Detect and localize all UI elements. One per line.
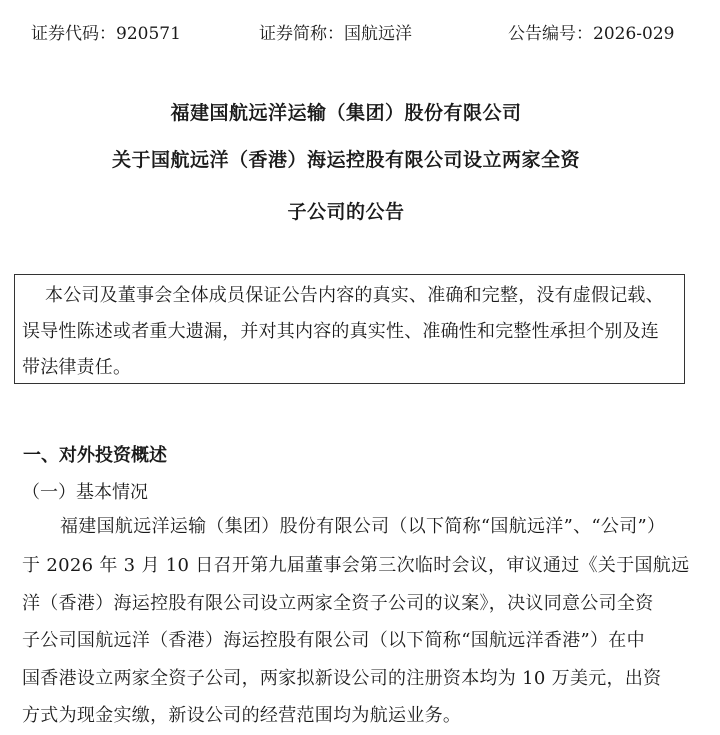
paragraph-line: 洋（香港）海运控股有限公司设立两家全资子公司的议案》，决议同意公司全资	[22, 590, 654, 618]
document-title-subject-cont: 子公司的公告	[0, 197, 706, 227]
document-title-company: 福建国航远洋运输（集团）股份有限公司	[0, 98, 706, 128]
disclaimer-line: 本公司及董事会全体成员保证公告内容的真实、准确和完整，没有虚假记载、	[45, 282, 664, 310]
paragraph-line: 福建国航远洋运输（集团）股份有限公司（以下简称“国航远洋”、“公司”）	[60, 513, 665, 541]
document-title-subject: 关于国航远洋（香港）海运控股有限公司设立两家全资	[0, 145, 706, 175]
paragraph-line: 于 2026 年 3 月 10 日召开第九届董事会第三次临时会议，审议通过《关于…	[22, 552, 689, 580]
paragraph-line: 子公司国航远洋（香港）海运控股有限公司（以下简称“国航远洋香港”）在中	[22, 627, 645, 655]
paragraph-line: 方式为现金实缴，新设公司的经营范围均为航运业务。	[22, 702, 461, 730]
security-abbreviation: 证券简称：国航远洋	[259, 20, 412, 48]
announcement-header: 证券代码：920571 证券简称：国航远洋 公告编号：2026-029	[0, 20, 720, 48]
subsection-heading: （一）基本情况	[22, 479, 148, 507]
announcement-number: 公告编号：2026-029	[508, 20, 674, 48]
section-heading: 一、对外投资概述	[23, 442, 167, 470]
disclaimer-line: 误导性陈述或者重大遗漏，并对其内容的真实性、准确性和完整性承担个别及连	[22, 318, 659, 346]
disclaimer-line: 带法律责任。	[22, 354, 131, 382]
paragraph-line: 国香港设立两家全资子公司，两家拟新设公司的注册资本均为 10 万美元，出资	[22, 665, 661, 693]
security-code: 证券代码：920571	[31, 20, 181, 48]
